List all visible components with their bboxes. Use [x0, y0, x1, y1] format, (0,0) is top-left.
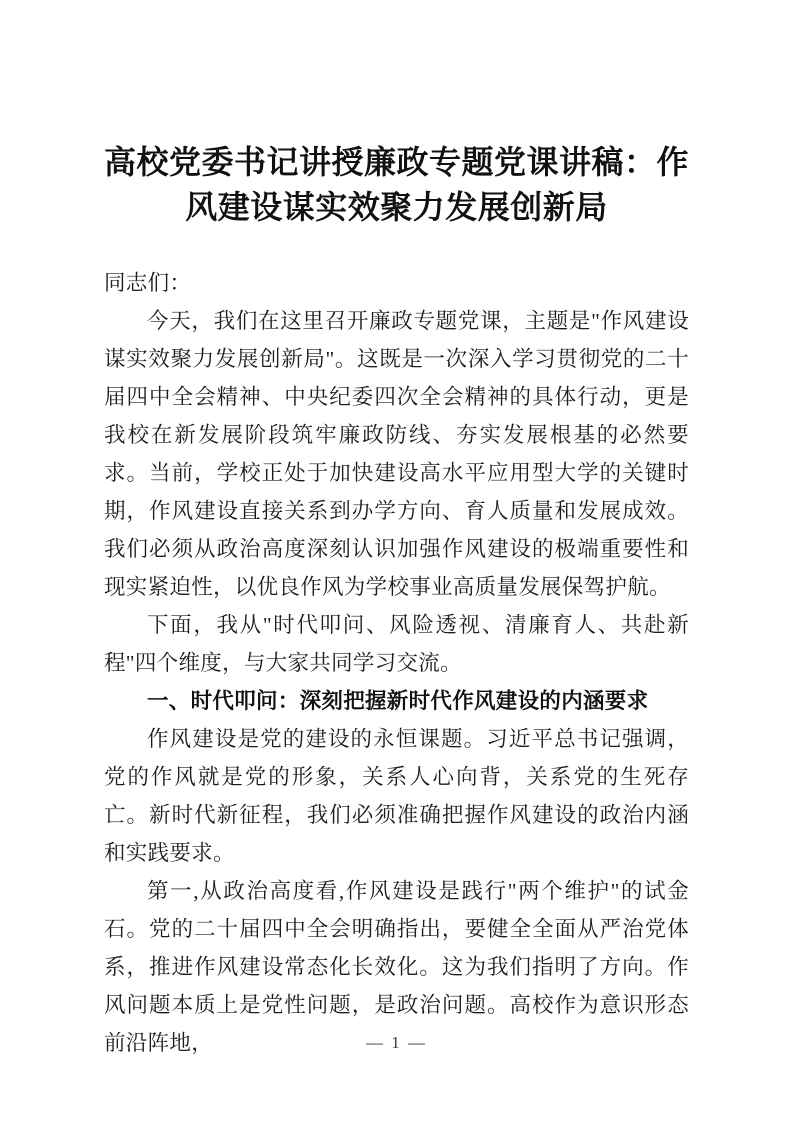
title-line-2: 风建设谋实效聚力发展创新局	[102, 185, 691, 230]
section-heading: 一、时代叩问：深刻把握新时代作风建设的内涵要求	[104, 682, 689, 720]
document-page: 高校党委书记讲授廉政专题党课讲稿：作 风建设谋实效聚力发展创新局 同志们：今天，…	[0, 0, 793, 1122]
paragraph: 下面，我从"时代叩问、风险透视、清廉育人、共赴新程"四个维度，与大家共同学习交流…	[104, 606, 689, 682]
page-footer: — 1 —	[0, 1031, 793, 1055]
paragraph: 今天，我们在这里召开廉政专题党课，主题是"作风建设谋实效聚力发展创新局"。这既是…	[104, 302, 689, 606]
paragraph: 同志们：	[104, 264, 689, 302]
paragraph: 作风建设是党的建设的永恒课题。习近平总书记强调，党的作风就是党的形象，关系人心向…	[104, 720, 689, 872]
page-number: — 1 —	[366, 1033, 427, 1052]
document-body: 同志们：今天，我们在这里召开廉政专题党课，主题是"作风建设谋实效聚力发展创新局"…	[104, 264, 689, 1062]
document-title: 高校党委书记讲授廉政专题党课讲稿：作 风建设谋实效聚力发展创新局	[102, 140, 691, 230]
title-line-1: 高校党委书记讲授廉政专题党课讲稿：作	[102, 140, 691, 185]
